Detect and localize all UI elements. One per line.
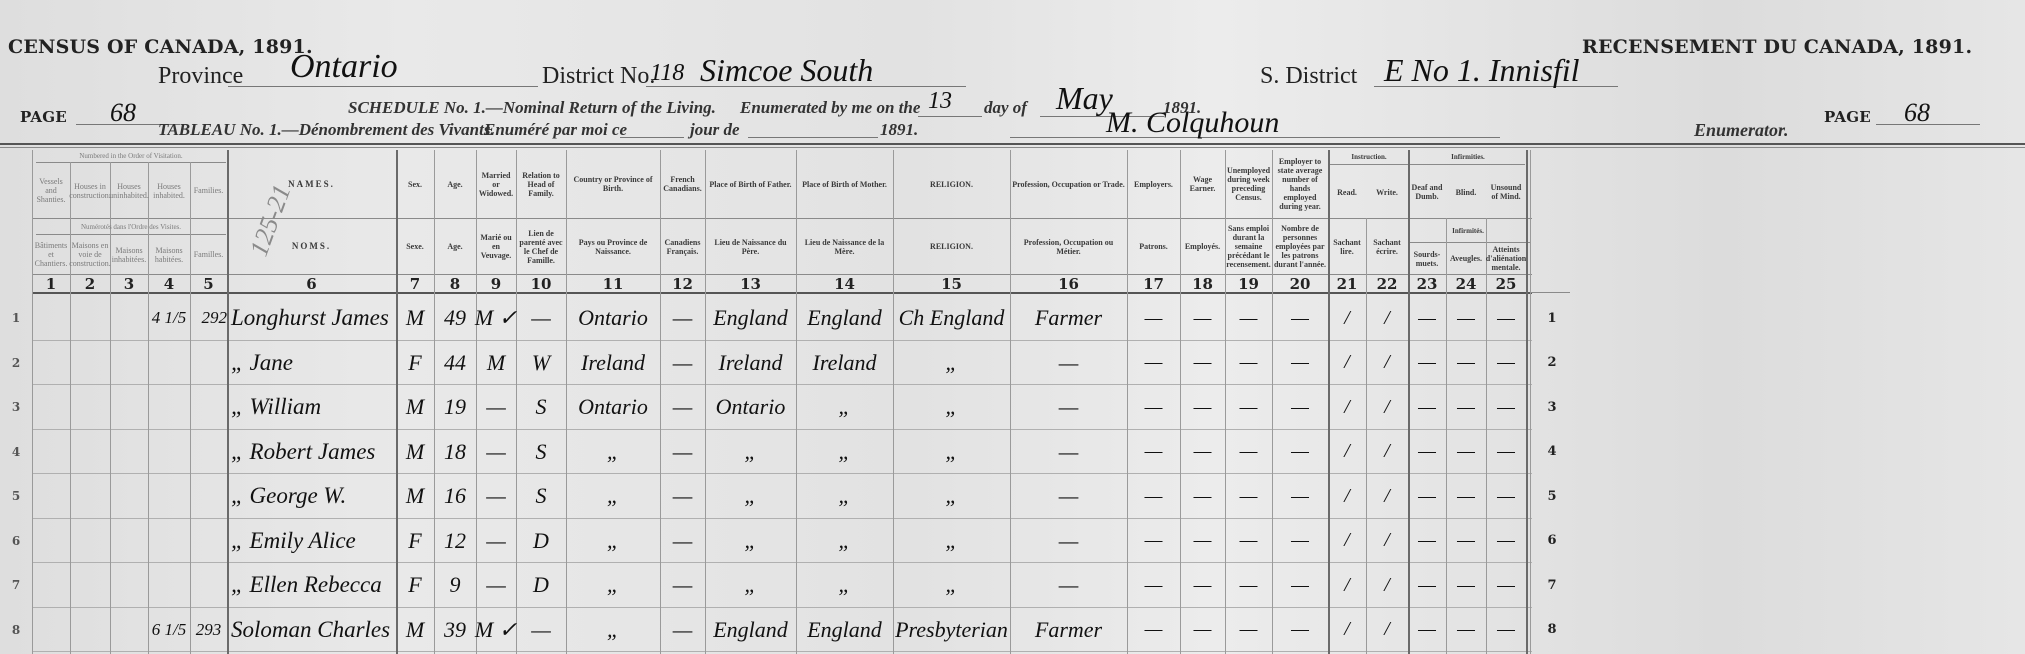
cell-age: 49 [434, 296, 476, 341]
col-9-header-en: Married or Widowed. [476, 150, 516, 218]
district-name: Simcoe South [700, 52, 873, 89]
cell-c4 [148, 341, 190, 386]
cell-write: / [1366, 608, 1408, 653]
cell-write: / [1366, 296, 1408, 341]
col-16-number: 16 [1010, 275, 1127, 292]
cell-french: — [660, 519, 705, 564]
cell-c19: — [1225, 430, 1272, 475]
col-12-number: 12 [660, 275, 705, 292]
cell-read: / [1328, 474, 1366, 519]
cell-c25: — [1486, 296, 1526, 341]
cell-c20: — [1272, 474, 1328, 519]
cell-religion: Ch England [893, 296, 1010, 341]
col-10-number: 10 [516, 275, 566, 292]
cell-married: M [476, 341, 516, 386]
cell-c23: — [1408, 519, 1446, 564]
cell-c19: — [1225, 296, 1272, 341]
cell-c18: — [1180, 474, 1225, 519]
cell-occupation: Farmer [1010, 296, 1127, 341]
cell-married: — [476, 519, 516, 564]
col-19-number: 19 [1225, 275, 1272, 292]
cell-c18: — [1180, 296, 1225, 341]
col-4-header-en: Houses inhabited. [148, 163, 190, 218]
group-infirmites: Infirmités. [1410, 220, 1526, 242]
cell-c19: — [1225, 608, 1272, 653]
cell-c23: — [1408, 385, 1446, 430]
cell-sex: F [396, 341, 434, 386]
cell-birth: Ontario [566, 385, 660, 430]
col-3-header-en: Houses uninhabited. [110, 163, 148, 218]
col-13-header-fr: Lieu de Naissance du Père. [705, 219, 796, 274]
enumerated-day: 13 [928, 88, 952, 115]
col-19-header-en: Unemployed during week preceding Census. [1225, 150, 1272, 218]
cell-c17: — [1127, 474, 1180, 519]
cell-religion: „ [893, 474, 1010, 519]
line-number-left: 4 [0, 430, 32, 475]
cell-french: — [660, 474, 705, 519]
cell-c5 [190, 519, 227, 564]
col-18-header-fr: Employés. [1180, 219, 1225, 274]
cell-married: M ✓ [476, 608, 516, 653]
cell-married: — [476, 474, 516, 519]
col-15-header-fr: RELIGION. [893, 219, 1010, 274]
table-top-rule [0, 143, 2025, 145]
cell-occupation: — [1010, 563, 1127, 608]
cell-relation: S [516, 385, 566, 430]
cell-french: — [660, 430, 705, 475]
cell-c24: — [1446, 519, 1486, 564]
census-title-fr: RECENSEMENT DU CANADA, 1891. [1582, 36, 1972, 58]
line-number-right: 5 [1532, 474, 1572, 519]
cell-mother: England [796, 608, 893, 653]
col-14-number: 14 [796, 275, 893, 292]
cell-birth: „ [566, 608, 660, 653]
cell-relation: S [516, 430, 566, 475]
cell-c5: 293 [190, 608, 227, 653]
cell-c18: — [1180, 430, 1225, 475]
cell-c4: 4 1/5 [148, 296, 190, 341]
col-5-header-en: Families. [190, 163, 227, 218]
group-visitation-en: Numbered in the Order of Visitation. [36, 150, 226, 162]
line-number-right: 2 [1532, 341, 1572, 386]
col-22-header-fr: Sachant écrire. [1366, 219, 1408, 274]
cell-c20: — [1272, 430, 1328, 475]
cell-relation: D [516, 519, 566, 564]
schedule-title-en: SCHEDULE No. 1.—Nominal Return of the Li… [348, 98, 716, 118]
cell-mother: „ [796, 430, 893, 475]
cell-c20: — [1272, 385, 1328, 430]
cell-sex: M [396, 385, 434, 430]
cell-c25: — [1486, 608, 1526, 653]
cell-c24: — [1446, 430, 1486, 475]
cell-birth: Ireland [566, 341, 660, 386]
cell-mother: Ireland [796, 341, 893, 386]
cell-read: / [1328, 519, 1366, 564]
cell-c17: — [1127, 519, 1180, 564]
cell-father: Ontario [705, 385, 796, 430]
cell-c25: — [1486, 341, 1526, 386]
cell-mother: England [796, 296, 893, 341]
cell-sex: M [396, 296, 434, 341]
enumerated-by-label: Enumerated by me on the [740, 98, 920, 118]
cell-c5 [190, 341, 227, 386]
cell-religion: „ [893, 385, 1010, 430]
schedule-title-fr: TABLEAU No. 1.—Dénombrement des Vivants. [158, 120, 495, 140]
cell-c24: — [1446, 608, 1486, 653]
col-16-header-fr: Profession, Occupation ou Métier. [1010, 219, 1127, 274]
cell-sex: M [396, 608, 434, 653]
cell-c23: — [1408, 296, 1446, 341]
cell-birth: „ [566, 474, 660, 519]
col-6-number: 6 [227, 275, 396, 292]
cell-write: / [1366, 430, 1408, 475]
col-17-number: 17 [1127, 275, 1180, 292]
cell-married: — [476, 430, 516, 475]
col-23-number: 23 [1408, 275, 1446, 292]
col-24-number: 24 [1446, 275, 1486, 292]
cell-age: 39 [434, 608, 476, 653]
col-22-header-en: Write. [1366, 166, 1408, 218]
col-5-number: 5 [190, 275, 227, 292]
col-12-header-en: French Canadians. [660, 150, 705, 218]
district-number: 118 [650, 60, 684, 87]
cell-father: „ [705, 430, 796, 475]
line-number-right: 7 [1532, 563, 1572, 608]
col-11-header-fr: Pays ou Province de Naissance. [566, 219, 660, 274]
cell-religion: Presbyterian [893, 608, 1010, 653]
col-21-header-fr: Sachant lire. [1328, 219, 1366, 274]
cell-name: Soloman Charles [227, 608, 396, 653]
cell-religion: „ [893, 563, 1010, 608]
group-visitation-fr: Numérotés dans l'Ordre des Visites. [36, 220, 226, 234]
col-15-header-en: RELIGION. [893, 150, 1010, 218]
col-19-header-fr: Sans emploi durant la semaine précédant … [1225, 219, 1272, 274]
cell-c19: — [1225, 385, 1272, 430]
col-14-header-fr: Lieu de Naissance de la Mère. [796, 219, 893, 274]
cell-father: „ [705, 563, 796, 608]
cell-c24: — [1446, 563, 1486, 608]
cell-relation: D [516, 563, 566, 608]
cell-c19: — [1225, 474, 1272, 519]
cell-age: 18 [434, 430, 476, 475]
col-23-header-en: Deaf and Dumb. [1408, 166, 1446, 218]
line-number-right: 8 [1532, 608, 1572, 653]
cell-father: England [705, 608, 796, 653]
cell-french: — [660, 341, 705, 386]
cell-birth: „ [566, 563, 660, 608]
enumerator-name: M. Colquhoun [1106, 106, 1279, 140]
cell-c17: — [1127, 341, 1180, 386]
cell-c17: — [1127, 608, 1180, 653]
cell-birth: Ontario [566, 296, 660, 341]
col-3-header-fr: Maisons inhabitées. [110, 235, 148, 274]
cell-name: „ Robert James [227, 430, 396, 475]
cell-father: „ [705, 474, 796, 519]
col-8-number: 8 [434, 275, 476, 292]
line-number-left: 3 [0, 385, 32, 430]
col-2-header-en: Houses in construction. [70, 163, 110, 218]
cell-occupation: Farmer [1010, 608, 1127, 653]
cell-name: „ Jane [227, 341, 396, 386]
cell-c19: — [1225, 563, 1272, 608]
col-13-header-en: Place of Birth of Father. [705, 150, 796, 218]
col-6-header-en: NAMES. [227, 150, 396, 218]
cell-read: / [1328, 563, 1366, 608]
col-20-number: 20 [1272, 275, 1328, 292]
cell-c19: — [1225, 341, 1272, 386]
cell-mother: „ [796, 474, 893, 519]
cell-c20: — [1272, 608, 1328, 653]
cell-age: 44 [434, 341, 476, 386]
col-25-header-fr: Atteints d'aliénation mentale. [1486, 243, 1526, 274]
cell-c24: — [1446, 341, 1486, 386]
col-21-number: 21 [1328, 275, 1366, 292]
cell-read: / [1328, 430, 1366, 475]
cell-married: — [476, 563, 516, 608]
cell-father: Ireland [705, 341, 796, 386]
cell-religion: „ [893, 519, 1010, 564]
cell-c18: — [1180, 608, 1225, 653]
year-fr: 1891. [880, 120, 918, 140]
cell-c18: — [1180, 341, 1225, 386]
cell-c17: — [1127, 563, 1180, 608]
cell-c20: — [1272, 296, 1328, 341]
cell-father: England [705, 296, 796, 341]
cell-c20: — [1272, 341, 1328, 386]
cell-read: / [1328, 608, 1366, 653]
col-13-number: 13 [705, 275, 796, 292]
col-5-header-fr: Familles. [190, 235, 227, 274]
col-20-header-fr: Nombre de personnes employées par les pa… [1272, 219, 1328, 274]
subdistrict-value: E No 1. Innisfil [1384, 52, 1580, 89]
cell-religion: „ [893, 341, 1010, 386]
cell-c5: 292 [190, 296, 227, 341]
cell-sex: F [396, 563, 434, 608]
col-8-header-fr: Age. [434, 219, 476, 274]
col-1-number: 1 [32, 275, 70, 292]
cell-name: Longhurst James [227, 296, 396, 341]
cell-write: / [1366, 474, 1408, 519]
cell-c25: — [1486, 430, 1526, 475]
cell-mother: „ [796, 385, 893, 430]
col-24-header-fr: Aveugles. [1446, 243, 1486, 274]
cell-c4: 6 1/5 [148, 608, 190, 653]
page-label-left: PAGE [20, 108, 67, 126]
cell-c4 [148, 563, 190, 608]
cell-c5 [190, 563, 227, 608]
cell-c5 [190, 385, 227, 430]
col-12-header-fr: Canadiens Français. [660, 219, 705, 274]
line-number-right: 1 [1532, 296, 1572, 341]
cell-father: „ [705, 519, 796, 564]
cell-mother: „ [796, 519, 893, 564]
cell-mother: „ [796, 563, 893, 608]
cell-c25: — [1486, 519, 1526, 564]
col-18-number: 18 [1180, 275, 1225, 292]
cell-read: / [1328, 341, 1366, 386]
cell-c4 [148, 474, 190, 519]
col-7-number: 7 [396, 275, 434, 292]
col-16-header-en: Profession, Occupation or Trade. [1010, 150, 1127, 218]
cell-relation: W [516, 341, 566, 386]
cell-birth: „ [566, 430, 660, 475]
cell-c4 [148, 430, 190, 475]
cell-c23: — [1408, 341, 1446, 386]
cell-age: 12 [434, 519, 476, 564]
col-14-header-en: Place of Birth of Mother. [796, 150, 893, 218]
cell-c18: — [1180, 519, 1225, 564]
district-label: District No. [542, 63, 655, 90]
enumere-par-label: Enuméré par moi ce [484, 120, 627, 140]
cell-relation: — [516, 296, 566, 341]
group-infirmities: Infirmities. [1410, 150, 1526, 164]
cell-c4 [148, 385, 190, 430]
line-number-left: 6 [0, 519, 32, 564]
col-11-number: 11 [566, 275, 660, 292]
cell-name: „ Emily Alice [227, 519, 396, 564]
cell-c23: — [1408, 563, 1446, 608]
cell-c24: — [1446, 385, 1486, 430]
col-20-header-en: Employer to state average number of hand… [1272, 150, 1328, 218]
page-label-right: PAGE [1824, 108, 1871, 126]
cell-occupation: — [1010, 385, 1127, 430]
cell-age: 16 [434, 474, 476, 519]
line-number-left: 7 [0, 563, 32, 608]
line-number-left: 5 [0, 474, 32, 519]
col-9-number: 9 [476, 275, 516, 292]
cell-c23: — [1408, 608, 1446, 653]
col-17-header-en: Employers. [1127, 150, 1180, 218]
cell-religion: „ [893, 430, 1010, 475]
cell-write: / [1366, 341, 1408, 386]
col-2-number: 2 [70, 275, 110, 292]
cell-c24: — [1446, 296, 1486, 341]
jour-de-label: jour de [690, 120, 740, 140]
cell-c25: — [1486, 563, 1526, 608]
cell-age: 19 [434, 385, 476, 430]
group-instruction: Instruction. [1330, 150, 1408, 164]
cell-read: / [1328, 296, 1366, 341]
col-23-header-fr: Sourds-muets. [1408, 243, 1446, 274]
cell-sex: M [396, 430, 434, 475]
cell-write: / [1366, 563, 1408, 608]
cell-c18: — [1180, 563, 1225, 608]
col-1-header-en: Vessels and Shanties. [32, 163, 70, 218]
cell-relation: — [516, 608, 566, 653]
cell-c20: — [1272, 519, 1328, 564]
cell-birth: „ [566, 519, 660, 564]
cell-write: / [1366, 519, 1408, 564]
cell-c20: — [1272, 563, 1328, 608]
col-18-header-en: Wage Earner. [1180, 150, 1225, 218]
cell-sex: F [396, 519, 434, 564]
cell-age: 9 [434, 563, 476, 608]
col-21-header-en: Read. [1328, 166, 1366, 218]
cell-relation: S [516, 474, 566, 519]
cell-c25: — [1486, 385, 1526, 430]
col-15-number: 15 [893, 275, 1010, 292]
col-3-number: 3 [110, 275, 148, 292]
line-number-right: 3 [1532, 385, 1572, 430]
cell-french: — [660, 385, 705, 430]
cell-c25: — [1486, 474, 1526, 519]
cell-sex: M [396, 474, 434, 519]
enumerated-month: May [1056, 80, 1113, 117]
page-number-left: 68 [110, 98, 136, 128]
cell-c24: — [1446, 474, 1486, 519]
cell-name: „ Ellen Rebecca [227, 563, 396, 608]
cell-french: — [660, 563, 705, 608]
line-number-left: 8 [0, 608, 32, 653]
cell-read: / [1328, 385, 1366, 430]
cell-name: „ William [227, 385, 396, 430]
cell-occupation: — [1010, 519, 1127, 564]
cell-french: — [660, 608, 705, 653]
cell-c23: — [1408, 430, 1446, 475]
cell-occupation: — [1010, 430, 1127, 475]
day-of-label: day of [984, 98, 1027, 118]
col-11-header-en: Country or Province of Birth. [566, 150, 660, 218]
cell-c5 [190, 430, 227, 475]
col-7-header-en: Sex. [396, 150, 434, 218]
cell-write: / [1366, 385, 1408, 430]
col-25-number: 25 [1486, 275, 1526, 292]
line-number-right: 4 [1532, 430, 1572, 475]
cell-c17: — [1127, 385, 1180, 430]
province-value: Ontario [290, 48, 398, 86]
enumerator-label: Enumerator. [1694, 120, 1789, 141]
line-number-left: 1 [0, 296, 32, 341]
col-9-header-fr: Marié ou en Veuvage. [476, 219, 516, 274]
line-number-left: 2 [0, 341, 32, 386]
cell-c17: — [1127, 430, 1180, 475]
cell-c4 [148, 519, 190, 564]
col-10-header-fr: Lien de parenté avec le Chef de Famille. [516, 219, 566, 274]
col-2-header-fr: Maisons en voie de construction. [70, 235, 110, 274]
line-number-right: 6 [1532, 519, 1572, 564]
col-4-number: 4 [148, 275, 190, 292]
cell-c17: — [1127, 296, 1180, 341]
cell-occupation: — [1010, 341, 1127, 386]
col-1-header-fr: Bâtiments et Chantiers. [32, 235, 70, 274]
col-7-header-fr: Sexe. [396, 219, 434, 274]
cell-married: M ✓ [476, 296, 516, 341]
cell-c23: — [1408, 474, 1446, 519]
col-24-header-en: Blind. [1446, 166, 1486, 218]
col-10-header-en: Relation to Head of Family. [516, 150, 566, 218]
cell-name: „ George W. [227, 474, 396, 519]
cell-occupation: — [1010, 474, 1127, 519]
page-number-right: 68 [1904, 98, 1930, 128]
col-4-header-fr: Maisons habitées. [148, 235, 190, 274]
col-22-number: 22 [1366, 275, 1408, 292]
col-25-header-en: Unsound of Mind. [1486, 166, 1526, 218]
cell-french: — [660, 296, 705, 341]
subdistrict-label: S. District [1260, 63, 1357, 90]
census-title-en: CENSUS OF CANADA, 1891. [8, 36, 313, 58]
cell-c19: — [1225, 519, 1272, 564]
col-8-header-en: Age. [434, 150, 476, 218]
col-17-header-fr: Patrons. [1127, 219, 1180, 274]
cell-c18: — [1180, 385, 1225, 430]
cell-c5 [190, 474, 227, 519]
cell-married: — [476, 385, 516, 430]
